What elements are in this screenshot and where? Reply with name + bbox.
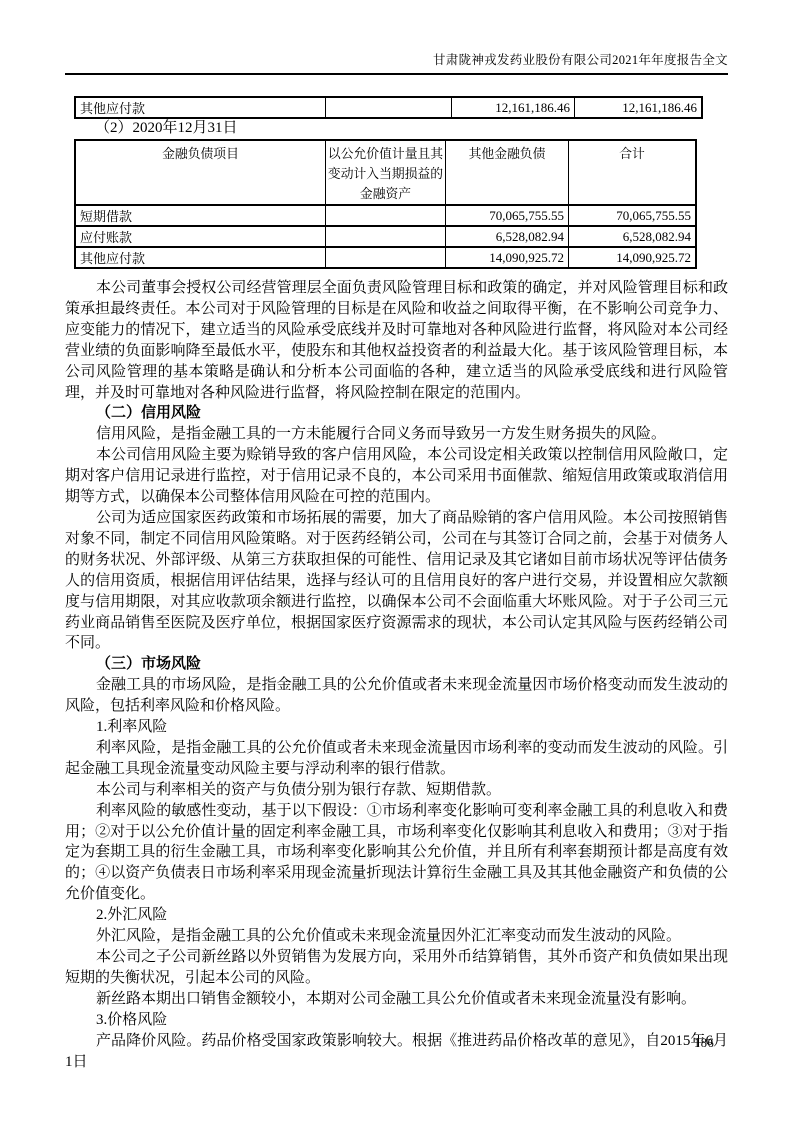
liabilities-table-fragment-2021: 其他应付款 12,161,186.46 12,161,186.46	[74, 96, 703, 119]
cell-fvtpl	[326, 247, 446, 268]
paragraph-interest-risk-def: 利率风险，是指金融工具的公允价值或者未来现金流量因市场利率的变动而发生波动的风险…	[65, 738, 728, 780]
cell-other: 14,090,925.72	[446, 247, 569, 268]
cell-total: 70,065,755.55	[569, 205, 697, 226]
column-header-fvtpl: 以公允价值计量且其 变动计入当期损益的 金融资产	[326, 140, 446, 205]
cell-item: 应付账款	[75, 226, 326, 247]
paragraph-credit-risk-detail: 公司为适应国家医药政策和市场拓展的需要，加大了商品赊销的客户信用风险。本公司按照…	[65, 508, 728, 654]
column-header-other: 其他金融负债	[446, 140, 569, 205]
cell-total: 12,161,186.46	[575, 97, 703, 118]
paragraph-fx-impact: 新丝路本期出口销售金额较小，本期对公司金融工具公允价值或者未来现金流量没有影响。	[65, 989, 728, 1010]
subheading-price-risk: 3.价格风险	[65, 1010, 728, 1031]
cell-total: 14,090,925.72	[569, 247, 697, 268]
table-row: 应付账款 6,528,082.94 6,528,082.94	[75, 226, 696, 247]
paragraph-credit-risk-policy: 本公司信用风险主要为赊销导致的客户信用风险，本公司设定相关政策以控制信用风险敞口…	[65, 445, 728, 508]
heading-market-risk: （三）市场风险	[65, 654, 728, 675]
financial-liabilities-table-2020: 金融负债项目 以公允价值计量且其 变动计入当期损益的 金融资产 其他金融负债 合…	[74, 139, 697, 269]
paragraph-risk-policy: 本公司董事会授权公司经营管理层全面负责风险管理目标和政策的确定，并对风险管理目标…	[65, 278, 728, 403]
cell-fvtpl	[326, 226, 446, 247]
cell-other: 70,065,755.55	[446, 205, 569, 226]
paragraph-fx-subsidiary: 本公司之子公司新丝路以外贸销售为发展方向，采用外币结算销售，其外币资产和负债如果…	[65, 947, 728, 989]
table-row: 其他应付款 14,090,925.72 14,090,925.72	[75, 247, 696, 268]
cell-other: 6,528,082.94	[446, 226, 569, 247]
column-header-total: 合计	[569, 140, 697, 205]
cell-other: 12,161,186.46	[452, 97, 575, 118]
header-divider	[65, 73, 728, 75]
page-number: 186	[694, 1036, 714, 1051]
table-row: 其他应付款 12,161,186.46 12,161,186.46	[75, 97, 702, 118]
heading-credit-risk: （二）信用风险	[65, 403, 728, 424]
cell-item: 短期借款	[75, 205, 326, 226]
table-header-row: 金融负债项目 以公允价值计量且其 变动计入当期损益的 金融资产 其他金融负债 合…	[75, 140, 696, 205]
section-caption-date: （2）2020年12月31日	[65, 118, 728, 139]
subheading-interest-rate-risk: 1.利率风险	[65, 717, 728, 738]
body-text: 本公司董事会授权公司经营管理层全面负责风险管理目标和政策的确定，并对风险管理目标…	[65, 278, 728, 1072]
report-page: 甘肃陇神戎发药业股份有限公司2021年年度报告全文 其他应付款 12,161,1…	[0, 0, 793, 1122]
column-header-item: 金融负债项目	[75, 140, 326, 205]
paragraph-fx-risk-def: 外汇风险，是指金融工具的公允价值或未来现金流量因外汇汇率变动而发生波动的风险。	[65, 926, 728, 947]
paragraph-market-risk-def: 金融工具的市场风险，是指金融工具的公允价值或者未来现金流量因市场价格变动而发生波…	[65, 675, 728, 717]
paragraph-interest-sensitivity: 利率风险的敏感性变动，基于以下假设：①市场利率变化影响可变利率金融工具的利息收入…	[65, 801, 728, 906]
cell-item: 其他应付款	[75, 247, 326, 268]
table-row: 短期借款 70,065,755.55 70,065,755.55	[75, 205, 696, 226]
paragraph-credit-risk-def: 信用风险，是指金融工具的一方未能履行合同义务而导致另一方发生财务损失的风险。	[65, 424, 728, 445]
document-header: 甘肃陇神戎发药业股份有限公司2021年年度报告全文	[65, 52, 728, 68]
cell-item: 其他应付款	[75, 97, 326, 118]
cell-total: 6,528,082.94	[569, 226, 697, 247]
cell-fvtpl	[326, 97, 452, 118]
paragraph-price-risk: 产品降价风险。药品价格受国家政策影响较大。根据《推进药品价格改革的意见》，自20…	[65, 1031, 728, 1073]
document-title: 甘肃陇神戎发药业股份有限公司2021年年度报告全文	[433, 53, 728, 67]
subheading-exchange-rate-risk: 2.外汇风险	[65, 905, 728, 926]
cell-fvtpl	[326, 205, 446, 226]
paragraph-interest-assets: 本公司与利率相关的资产与负债分别为银行存款、短期借款。	[65, 780, 728, 801]
